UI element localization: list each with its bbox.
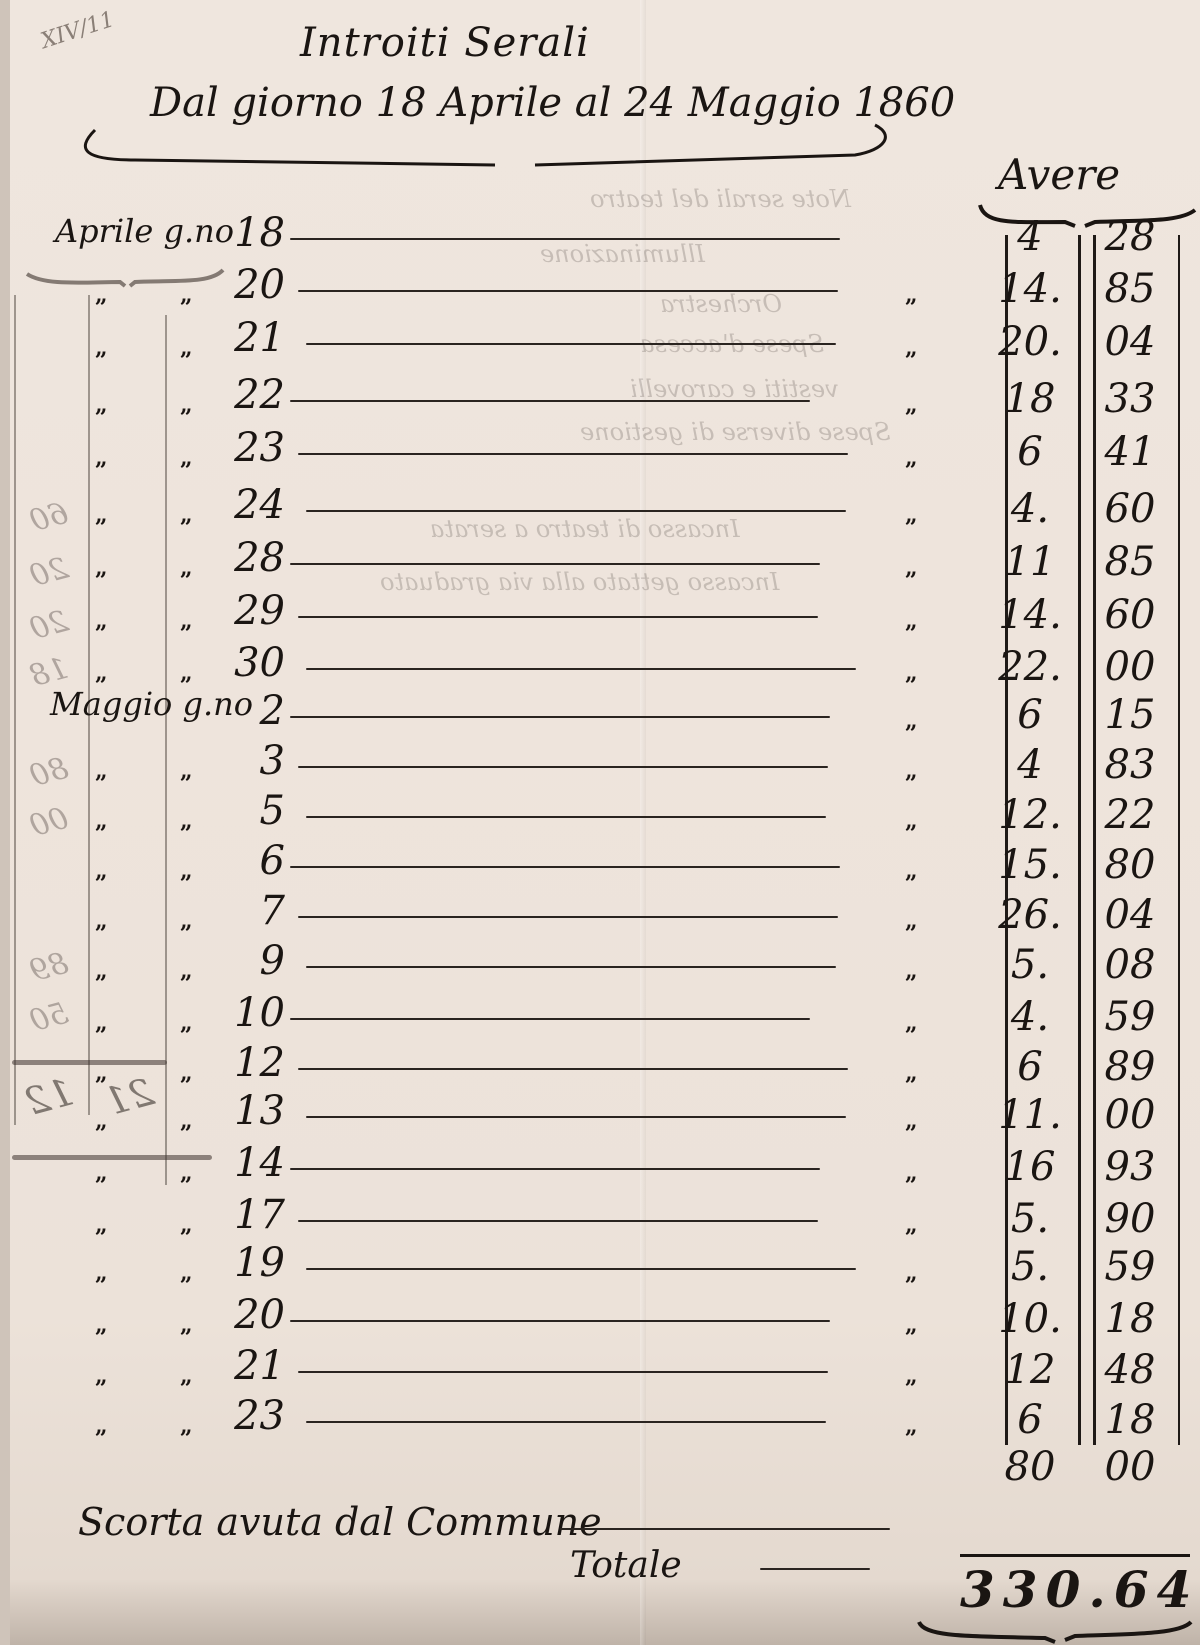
ditto-mark: „	[905, 808, 918, 834]
entry-day: 20	[215, 1292, 285, 1338]
amount-lire: 6	[990, 1044, 1070, 1090]
row-rule	[306, 1116, 846, 1118]
entry-day: 29	[215, 588, 285, 634]
ditto-mark: „	[180, 1160, 193, 1186]
amount-lire: 4	[990, 214, 1070, 260]
entry-day: 24	[215, 482, 285, 528]
ditto-mark: „	[180, 502, 193, 528]
ditto-mark: „	[95, 1060, 108, 1086]
amount-centesimi: 93	[1085, 1144, 1175, 1190]
bleed-through-text: Incasso gettato alla via graduato	[380, 568, 779, 596]
ditto-mark: „	[95, 555, 108, 581]
row-rule	[290, 1320, 830, 1322]
entry-day: 10	[215, 990, 285, 1036]
ditto-mark: „	[905, 908, 918, 934]
ditto-mark: „	[180, 335, 193, 361]
margin-box-line	[12, 1060, 167, 1065]
row-rule	[298, 290, 838, 292]
ditto-mark: „	[180, 1413, 193, 1439]
amount-lire: 12	[990, 1347, 1070, 1393]
amount-centesimi: 59	[1085, 1244, 1175, 1290]
ditto-mark: „	[905, 1413, 918, 1439]
month-brace-icon	[25, 268, 225, 292]
ditto-mark: „	[95, 758, 108, 784]
amount-lire: 4.	[990, 994, 1070, 1040]
margin-rule	[14, 295, 16, 1125]
amount-lire: 80	[990, 1444, 1070, 1490]
amount-centesimi: 80	[1085, 842, 1175, 888]
amount-centesimi: 18	[1085, 1397, 1175, 1443]
entry-day: 14	[215, 1140, 285, 1186]
amount-centesimi: 41	[1085, 429, 1175, 475]
ditto-mark: „	[180, 1060, 193, 1086]
amount-centesimi: 83	[1085, 742, 1175, 788]
margin-figure: 20	[26, 604, 72, 648]
page-edge	[0, 0, 10, 1645]
amount-lire: 12.	[990, 792, 1070, 838]
amount-centesimi: 00	[1085, 1444, 1175, 1490]
total-value: 330.64	[960, 1560, 1199, 1619]
ditto-mark: „	[905, 392, 918, 418]
entry-day: 7	[215, 888, 285, 934]
entry-day: 17	[215, 1192, 285, 1238]
bleed-through-text: Spese diverse di gestione	[580, 418, 891, 446]
ditto-mark: „	[905, 958, 918, 984]
amount-lire: 16	[990, 1144, 1070, 1190]
ledger-page: XIV/11 Introiti Serali Dal giorno 18 Apr…	[0, 0, 1200, 1645]
amount-centesimi: 48	[1085, 1347, 1175, 1393]
ditto-mark: „	[95, 1010, 108, 1036]
margin-figure: 60	[26, 496, 72, 540]
amount-centesimi: 60	[1085, 592, 1175, 638]
entry-day: 21	[215, 315, 285, 361]
amount-centesimi: 89	[1085, 1044, 1175, 1090]
margin-figure: 20	[26, 551, 72, 595]
row-rule	[290, 400, 810, 402]
amount-centesimi: 08	[1085, 942, 1175, 988]
row-rule	[290, 563, 820, 565]
bleed-through-text: Note serali del teatro	[590, 185, 851, 213]
ditto-mark: „	[905, 282, 918, 308]
ditto-mark: „	[180, 958, 193, 984]
ditto-mark: „	[180, 1212, 193, 1238]
ditto-mark: „	[95, 1312, 108, 1338]
ditto-mark: „	[180, 1108, 193, 1134]
ditto-mark: „	[180, 555, 193, 581]
amount-lire: 6	[990, 1397, 1070, 1443]
ditto-mark: „	[905, 1212, 918, 1238]
entry-day: 23	[215, 1393, 285, 1439]
ditto-mark: „	[905, 1060, 918, 1086]
page-title: Introiti Serali	[300, 20, 590, 66]
row-rule	[760, 1568, 870, 1570]
column-rule	[1078, 235, 1081, 1445]
total-brace-icon	[915, 1618, 1195, 1644]
entry-day: 28	[215, 535, 285, 581]
ditto-mark: „	[905, 555, 918, 581]
ditto-mark: „	[180, 1312, 193, 1338]
row-rule	[306, 668, 856, 670]
amount-lire: 5.	[990, 1196, 1070, 1242]
amount-centesimi: 59	[1085, 994, 1175, 1040]
row-rule	[290, 866, 840, 868]
amount-centesimi: 18	[1085, 1296, 1175, 1342]
row-rule	[306, 343, 836, 345]
total-rule	[960, 1554, 1190, 1557]
amount-centesimi: 04	[1085, 319, 1175, 365]
ditto-mark: „	[905, 608, 918, 634]
amount-centesimi: 85	[1085, 539, 1175, 585]
amount-lire: 22.	[990, 644, 1070, 690]
row-rule	[290, 1168, 820, 1170]
ditto-mark: „	[905, 502, 918, 528]
ditto-mark: „	[95, 1260, 108, 1286]
ditto-mark: „	[905, 1160, 918, 1186]
ditto-mark: „	[180, 1260, 193, 1286]
ditto-mark: „	[905, 758, 918, 784]
amount-centesimi: 33	[1085, 376, 1175, 422]
ditto-mark: „	[905, 1260, 918, 1286]
entry-day: 12	[215, 1040, 285, 1086]
ditto-mark: „	[95, 1363, 108, 1389]
amount-centesimi: 60	[1085, 486, 1175, 532]
ditto-mark: „	[95, 660, 108, 686]
entry-day: 18	[215, 210, 285, 256]
ditto-mark: „	[95, 1160, 108, 1186]
amount-lire: 5.	[990, 942, 1070, 988]
amount-centesimi: 15	[1085, 692, 1175, 738]
row-rule	[306, 816, 826, 818]
ditto-mark: „	[180, 660, 193, 686]
row-rule	[298, 453, 848, 455]
margin-figure: 00	[26, 801, 72, 845]
amount-lire: 26.	[990, 892, 1070, 938]
ditto-mark: „	[905, 445, 918, 471]
month-label-april: Aprile g.no	[55, 212, 234, 250]
bleed-through-text: Incasso di teatro a serata	[430, 515, 740, 543]
entry-day: 22	[215, 372, 285, 418]
ditto-mark: „	[95, 335, 108, 361]
ditto-mark: „	[180, 1010, 193, 1036]
amount-centesimi: 90	[1085, 1196, 1175, 1242]
ditto-mark: „	[95, 808, 108, 834]
row-rule	[298, 1371, 828, 1373]
ditto-mark: „	[95, 1413, 108, 1439]
amount-lire: 10.	[990, 1296, 1070, 1342]
amount-centesimi: 28	[1085, 214, 1175, 260]
bleed-through-text: vestiti e carovelli	[630, 375, 839, 403]
ditto-mark: „	[905, 858, 918, 884]
amount-centesimi: 85	[1085, 266, 1175, 312]
amount-lire: 18	[990, 376, 1070, 422]
ditto-mark: „	[905, 1363, 918, 1389]
ditto-mark: „	[905, 1108, 918, 1134]
ditto-mark: „	[180, 608, 193, 634]
amount-lire: 4.	[990, 486, 1070, 532]
column-rule	[1178, 235, 1180, 1445]
row-rule	[298, 616, 818, 618]
ditto-mark: „	[180, 808, 193, 834]
ditto-mark: „	[180, 908, 193, 934]
row-rule	[306, 1268, 856, 1270]
entry-day: 30	[215, 640, 285, 686]
row-rule	[298, 1220, 818, 1222]
ditto-mark: „	[180, 392, 193, 418]
ditto-mark: „	[180, 445, 193, 471]
row-rule	[560, 1528, 890, 1530]
amount-lire: 11.	[990, 1092, 1070, 1138]
ditto-mark: „	[95, 608, 108, 634]
ditto-mark: „	[95, 958, 108, 984]
amount-lire: 14.	[990, 266, 1070, 312]
amount-centesimi: 04	[1085, 892, 1175, 938]
ditto-mark: „	[95, 908, 108, 934]
amount-centesimi: 00	[1085, 644, 1175, 690]
margin-figure: 21	[100, 1069, 158, 1124]
ditto-mark: „	[905, 335, 918, 361]
amount-lire: 20.	[990, 319, 1070, 365]
margin-figure: 12	[20, 1069, 78, 1124]
entry-day: 21	[215, 1343, 285, 1389]
row-rule	[290, 1018, 810, 1020]
bleed-through-text: Illuminazione	[540, 240, 705, 268]
row-rule	[306, 966, 836, 968]
ditto-mark: „	[95, 1108, 108, 1134]
row-rule	[290, 238, 840, 240]
entry-day: 3	[215, 738, 285, 784]
amount-lire: 15.	[990, 842, 1070, 888]
entry-day: 9	[215, 938, 285, 984]
ditto-mark: „	[905, 708, 918, 734]
entry-day: 5	[215, 788, 285, 834]
amount-lire: 4	[990, 742, 1070, 788]
amount-lire: 5.	[990, 1244, 1070, 1290]
margin-figure: 89	[26, 946, 72, 990]
ditto-mark: „	[95, 392, 108, 418]
entry-day: 19	[215, 1240, 285, 1286]
margin-rule	[165, 315, 167, 1185]
ditto-mark: „	[180, 282, 193, 308]
row-rule	[306, 510, 846, 512]
row-rule	[298, 1068, 848, 1070]
ditto-mark: „	[905, 1312, 918, 1338]
ditto-mark: „	[95, 502, 108, 528]
ditto-mark: „	[95, 282, 108, 308]
total-label: Totale	[570, 1545, 682, 1586]
amount-centesimi: 00	[1085, 1092, 1175, 1138]
ditto-mark: „	[95, 858, 108, 884]
final-entry-description: Scorta avuta dal Commune	[78, 1500, 602, 1544]
ditto-mark: „	[95, 445, 108, 471]
amount-lire: 6	[990, 692, 1070, 738]
ditto-mark: „	[180, 1363, 193, 1389]
row-rule	[298, 916, 838, 918]
title-flourish-icon	[75, 120, 915, 180]
row-rule	[290, 716, 830, 718]
entry-day: 2	[215, 688, 285, 734]
bleed-through-text: Orchestra	[660, 290, 782, 318]
archive-mark: XIV/11	[38, 7, 118, 54]
ditto-mark: „	[180, 758, 193, 784]
entry-day: 23	[215, 425, 285, 471]
ditto-mark: „	[95, 1212, 108, 1238]
row-rule	[306, 1421, 826, 1423]
column-header-avere: Avere	[998, 150, 1120, 199]
entry-day: 20	[215, 262, 285, 308]
ditto-mark: „	[180, 858, 193, 884]
ditto-mark: „	[905, 660, 918, 686]
amount-lire: 11	[990, 539, 1070, 585]
row-rule	[298, 766, 828, 768]
amount-centesimi: 22	[1085, 792, 1175, 838]
entry-day: 6	[215, 838, 285, 884]
entry-day: 13	[215, 1088, 285, 1134]
amount-lire: 14.	[990, 592, 1070, 638]
margin-figure: 50	[26, 996, 72, 1040]
margin-figure: 80	[26, 751, 72, 795]
ditto-mark: „	[905, 1010, 918, 1036]
amount-lire: 6	[990, 429, 1070, 475]
